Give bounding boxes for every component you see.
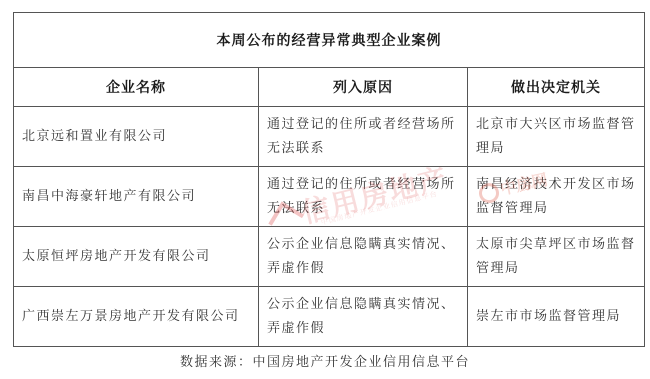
- header-row: 企业名称 列入原因 做出决定机关: [14, 68, 645, 107]
- table-row: 太原恒坪房地产开发有限公司 公示企业信息隐瞒真实情况、弄虚作假 太原市尖草坪区市…: [14, 227, 645, 287]
- case-table-container: 本周公布的经营异常典型企业案例 企业名称 列入原因 做出决定机关 北京远和置业有…: [13, 12, 644, 347]
- company-name-cell: 南昌中海豪轩地产有限公司: [14, 167, 259, 227]
- reason-cell: 通过登记的住所或者经营场所无法联系: [259, 107, 468, 167]
- title-row: 本周公布的经营异常典型企业案例: [14, 13, 645, 68]
- table-row: 广西崇左万景房地产开发有限公司 公示企业信息隐瞒真实情况、弄虚作假 崇左市市场监…: [14, 287, 645, 347]
- authority-cell: 太原市尖草坪区市场监督管理局: [468, 227, 645, 287]
- reason-cell: 通过登记的住所或者经营场所无法联系: [259, 167, 468, 227]
- header-reason: 列入原因: [259, 68, 468, 107]
- company-name-cell: 太原恒坪房地产开发有限公司: [14, 227, 259, 287]
- authority-cell: 北京市大兴区市场监督管理局: [468, 107, 645, 167]
- table-row: 北京远和置业有限公司 通过登记的住所或者经营场所无法联系 北京市大兴区市场监督管…: [14, 107, 645, 167]
- abnormal-business-cases-table: 本周公布的经营异常典型企业案例 企业名称 列入原因 做出决定机关 北京远和置业有…: [13, 12, 645, 347]
- header-authority: 做出决定机关: [468, 68, 645, 107]
- authority-cell: 崇左市市场监督管理局: [468, 287, 645, 347]
- table-title: 本周公布的经营异常典型企业案例: [14, 13, 645, 68]
- data-source-caption: 数据来源：中国房地产开发企业信用信息平台: [0, 351, 650, 370]
- reason-cell: 公示企业信息隐瞒真实情况、弄虚作假: [259, 287, 468, 347]
- reason-cell: 公示企业信息隐瞒真实情况、弄虚作假: [259, 227, 468, 287]
- company-name-cell: 北京远和置业有限公司: [14, 107, 259, 167]
- company-name-cell: 广西崇左万景房地产开发有限公司: [14, 287, 259, 347]
- authority-cell: 南昌经济技术开发区市场监督管理局: [468, 167, 645, 227]
- header-company-name: 企业名称: [14, 68, 259, 107]
- table-row: 南昌中海豪轩地产有限公司 通过登记的住所或者经营场所无法联系 南昌经济技术开发区…: [14, 167, 645, 227]
